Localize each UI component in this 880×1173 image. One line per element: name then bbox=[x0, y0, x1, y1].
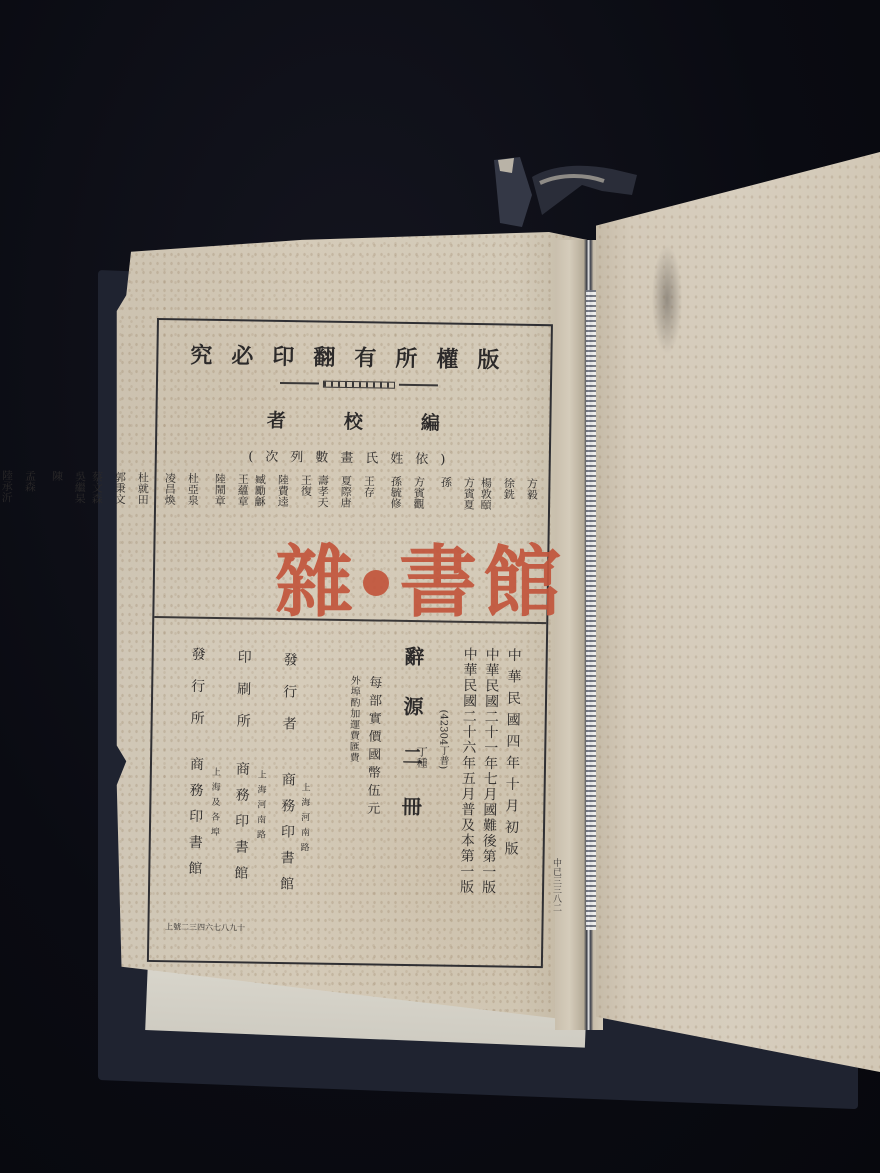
publisher-address: 上海河南路 bbox=[298, 782, 312, 857]
editor-column: 杜就田郭秉文蔡文森 bbox=[88, 471, 149, 612]
editors-heading: 編校者 bbox=[157, 404, 549, 437]
distributor-address: 上海及各埠 bbox=[208, 767, 222, 842]
colophon-frame: 版權所有翻印必究 編校者 (依姓氏畫數列次) 方毅徐銑楊敦頤 方賓夏孫 方賓觀孫… bbox=[147, 318, 553, 968]
printer-role: 印刷所 bbox=[232, 649, 254, 745]
printer-address: 上海河南路 bbox=[254, 770, 268, 845]
edition-popular: 中華民國二十六年五月普及本第一版 bbox=[456, 647, 480, 895]
editors-order-note: (依姓氏畫數列次) bbox=[157, 444, 549, 469]
watermark-char-mid: 書 bbox=[399, 544, 477, 622]
price: 每部實價國幣伍元 bbox=[362, 675, 383, 819]
surcharge-note: 外埠酌加運費匯費 bbox=[345, 675, 361, 763]
editor-column: 孟森陸承沂 bbox=[0, 469, 37, 610]
book-variant: 丁種 bbox=[413, 746, 429, 768]
publisher-name: 商務印書館 bbox=[276, 772, 298, 902]
red-watermark: 雜 書 館 bbox=[275, 528, 610, 638]
editor-column: 吳繼杲陳 bbox=[38, 470, 86, 611]
watermark-char-right: 館 bbox=[483, 544, 561, 622]
right-page-blank bbox=[596, 152, 880, 1072]
distributor-role: 發行所 bbox=[186, 647, 208, 743]
watermark-dot bbox=[363, 570, 389, 596]
edition-post-war: 中華民國二十一年七月國難後第一版 bbox=[478, 647, 502, 895]
print-number: 上號二三四六七八九十 bbox=[165, 921, 245, 933]
catalog-code: (42304丁普) bbox=[435, 709, 451, 769]
edition-first: 中華民國四年十月初版 bbox=[500, 647, 523, 862]
side-number: 中已三三八二 bbox=[550, 858, 563, 912]
watermark-char-left: 雜 bbox=[275, 544, 353, 622]
editor-column: 王蘊章陸鬧章 bbox=[201, 473, 249, 614]
editor-column: 杜亞泉凌昌煥 bbox=[151, 472, 199, 613]
publisher-role: 發行者 bbox=[278, 652, 300, 748]
ornament-divider bbox=[280, 380, 438, 388]
printer-name: 商務印書館 bbox=[230, 761, 252, 891]
distributor-name: 商務印書館 bbox=[184, 757, 206, 887]
copyright-notice: 版權所有翻印必究 bbox=[158, 338, 550, 375]
